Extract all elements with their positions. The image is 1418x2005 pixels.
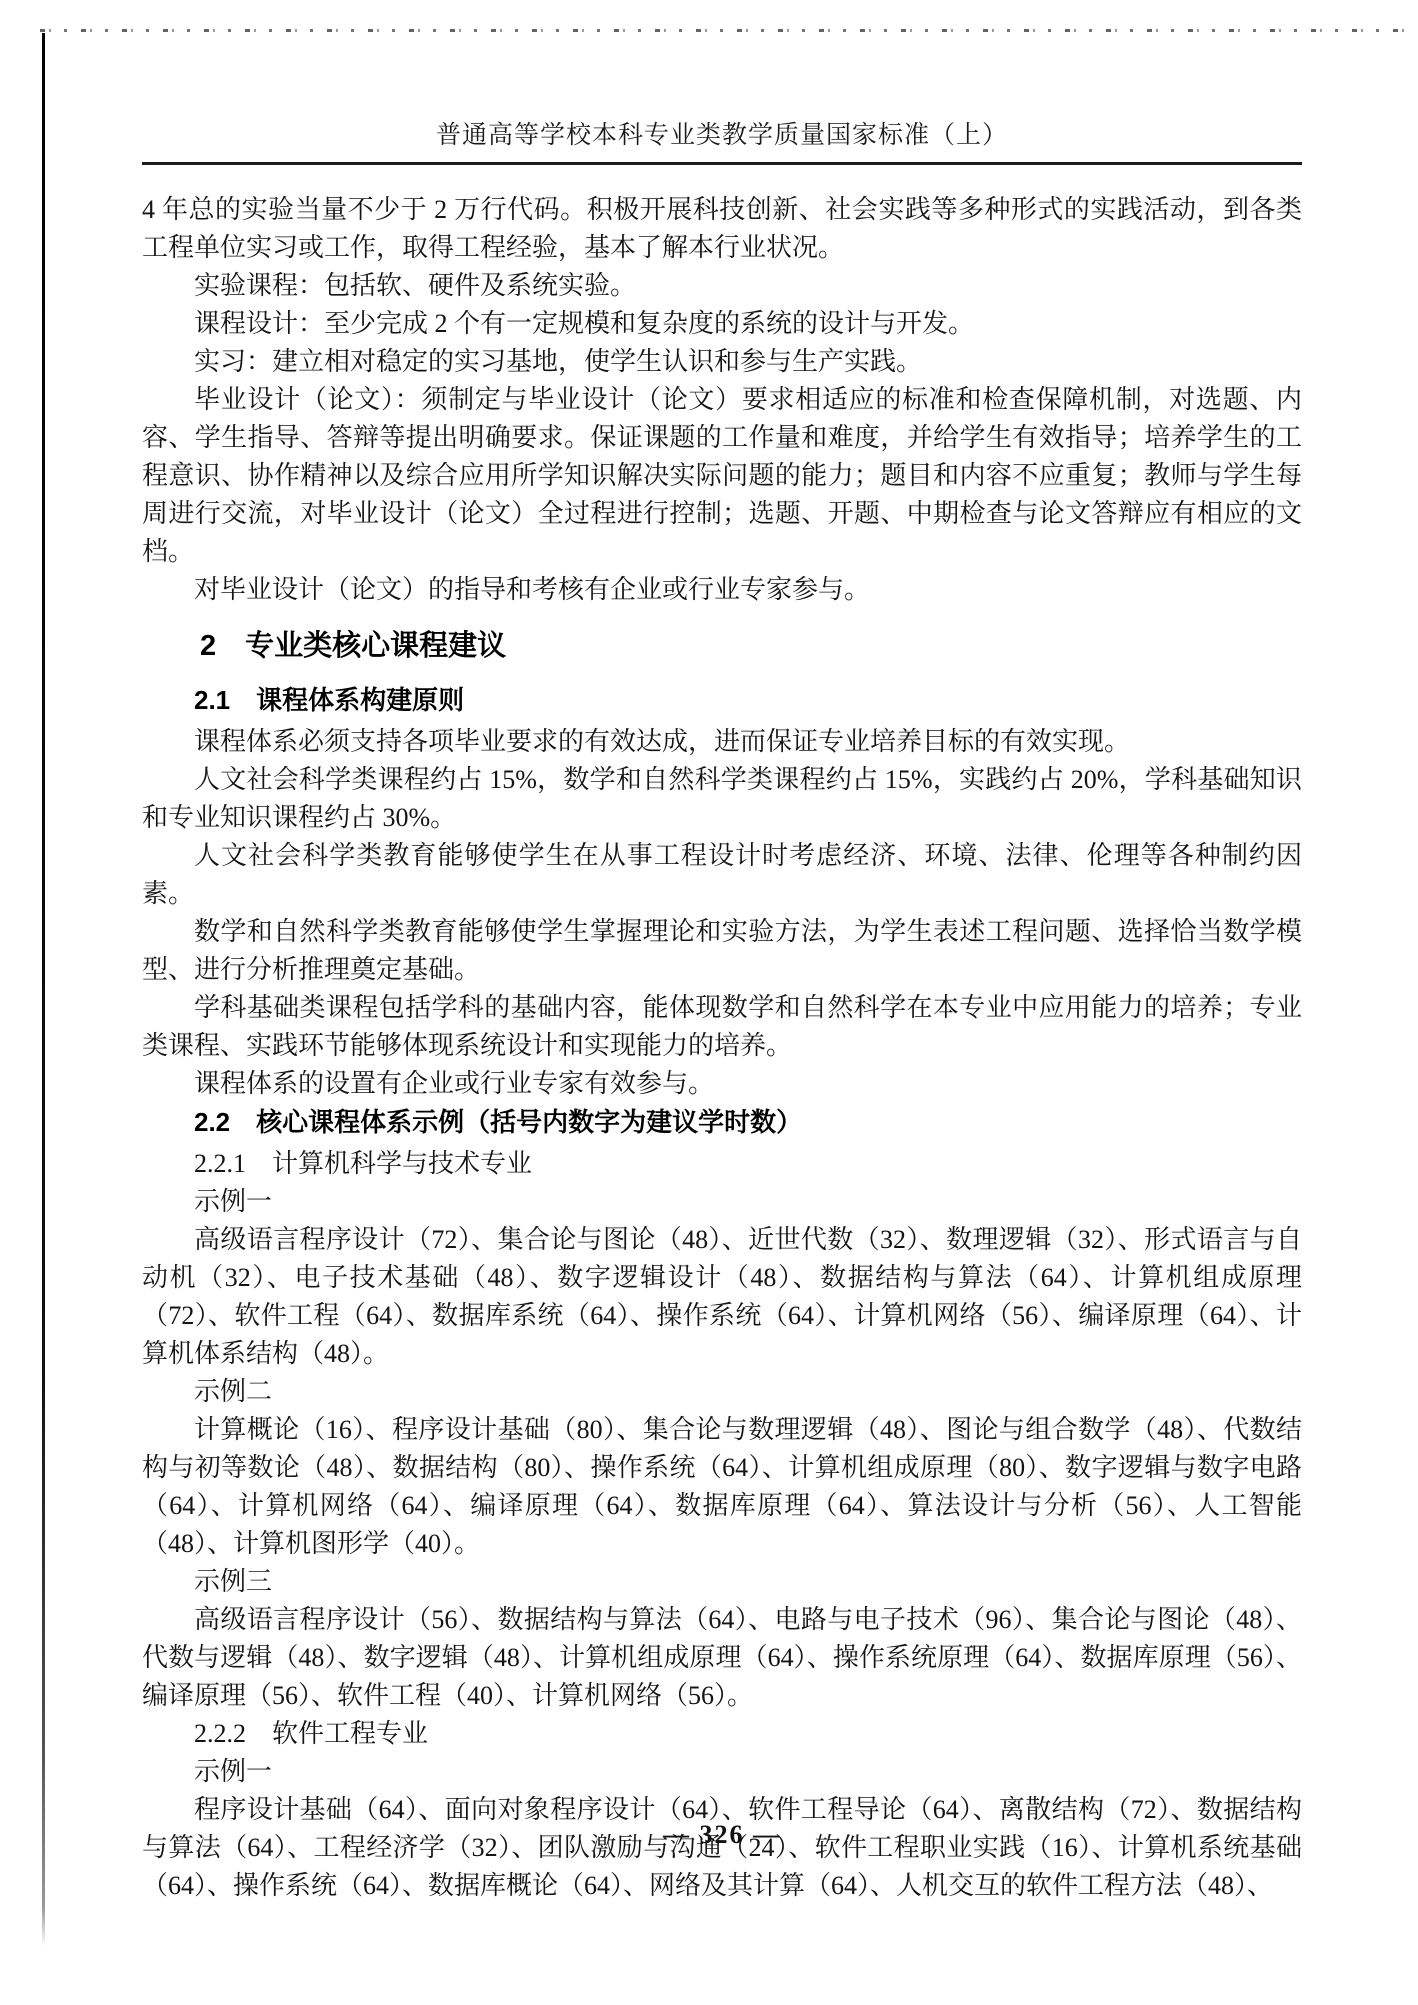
paragraph: 人文社会科学类教育能够使学生在从事工程设计时考虑经济、环境、法律、伦理等各种制约… [142, 837, 1302, 913]
section-heading: 2 专业类核心课程建议 [142, 627, 1302, 665]
subsection-heading: 2.2 核心课程体系示例（括号内数字为建议学时数） [142, 1103, 1302, 1141]
paragraph: 人文社会科学类课程约占 15%，数学和自然科学类课程约占 15%，实践约占 20… [142, 761, 1302, 837]
subsubsection-heading: 2.2.1 计算机科学与技术专业 [142, 1145, 1302, 1183]
paragraph: 对毕业设计（论文）的指导和考核有企业或行业专家参与。 [142, 571, 1302, 609]
paragraph: 高级语言程序设计（72）、集合论与图论（48）、近世代数（32）、数理逻辑（32… [142, 1221, 1302, 1373]
running-header-title: 普通高等学校本科专业类教学质量国家标准（上） [142, 122, 1302, 150]
paragraph: 课程设计：至少完成 2 个有一定规模和复杂度的系统的设计与开发。 [142, 305, 1302, 343]
paragraph: 课程体系必须支持各项毕业要求的有效达成，进而保证专业培养目标的有效实现。 [142, 723, 1302, 761]
page-text: 4 年总的实验当量不少于 2 万行代码。积极开展科技创新、社会实践等多种形式的实… [142, 191, 1302, 1905]
paragraph: 毕业设计（论文）：须制定与毕业设计（论文）要求相适应的标准和检查保障机制，对选题… [142, 381, 1302, 571]
paragraph: 课程体系的设置有企业或行业专家有效参与。 [142, 1065, 1302, 1103]
example-label: 示例三 [142, 1563, 1302, 1601]
subsubsection-heading: 2.2.2 软件工程专业 [142, 1715, 1302, 1753]
paragraph: 实验课程：包括软、硬件及系统实验。 [142, 267, 1302, 305]
page-column: 普通高等学校本科专业类教学质量国家标准（上） 4 年总的实验当量不少于 2 万行… [142, 0, 1302, 1905]
subsection-heading: 2.1 课程体系构建原则 [142, 681, 1302, 719]
header-rule [142, 162, 1302, 165]
example-label: 示例二 [142, 1373, 1302, 1411]
paragraph: 高级语言程序设计（56）、数据结构与算法（64）、电路与电子技术（96）、集合论… [142, 1601, 1302, 1715]
page-number: — 326 — [142, 1820, 1302, 1850]
paragraph: 计算概论（16）、程序设计基础（80）、集合论与数理逻辑（48）、图论与组合数学… [142, 1411, 1302, 1563]
paragraph: 学科基础类课程包括学科的基础内容，能体现数学和自然科学在本专业中应用能力的培养；… [142, 989, 1302, 1065]
paragraph: 4 年总的实验当量不少于 2 万行代码。积极开展科技创新、社会实践等多种形式的实… [142, 191, 1302, 267]
paragraph: 数学和自然科学类教育能够使学生掌握理论和实验方法，为学生表述工程问题、选择恰当数… [142, 913, 1302, 989]
example-label: 示例一 [142, 1183, 1302, 1221]
example-label: 示例一 [142, 1753, 1302, 1791]
scan-artifact-left-edge [42, 33, 45, 1946]
paragraph: 实习：建立相对稳定的实习基地，使学生认识和参与生产实践。 [142, 343, 1302, 381]
scanned-page: 普通高等学校本科专业类教学质量国家标准（上） 4 年总的实验当量不少于 2 万行… [0, 0, 1418, 2005]
